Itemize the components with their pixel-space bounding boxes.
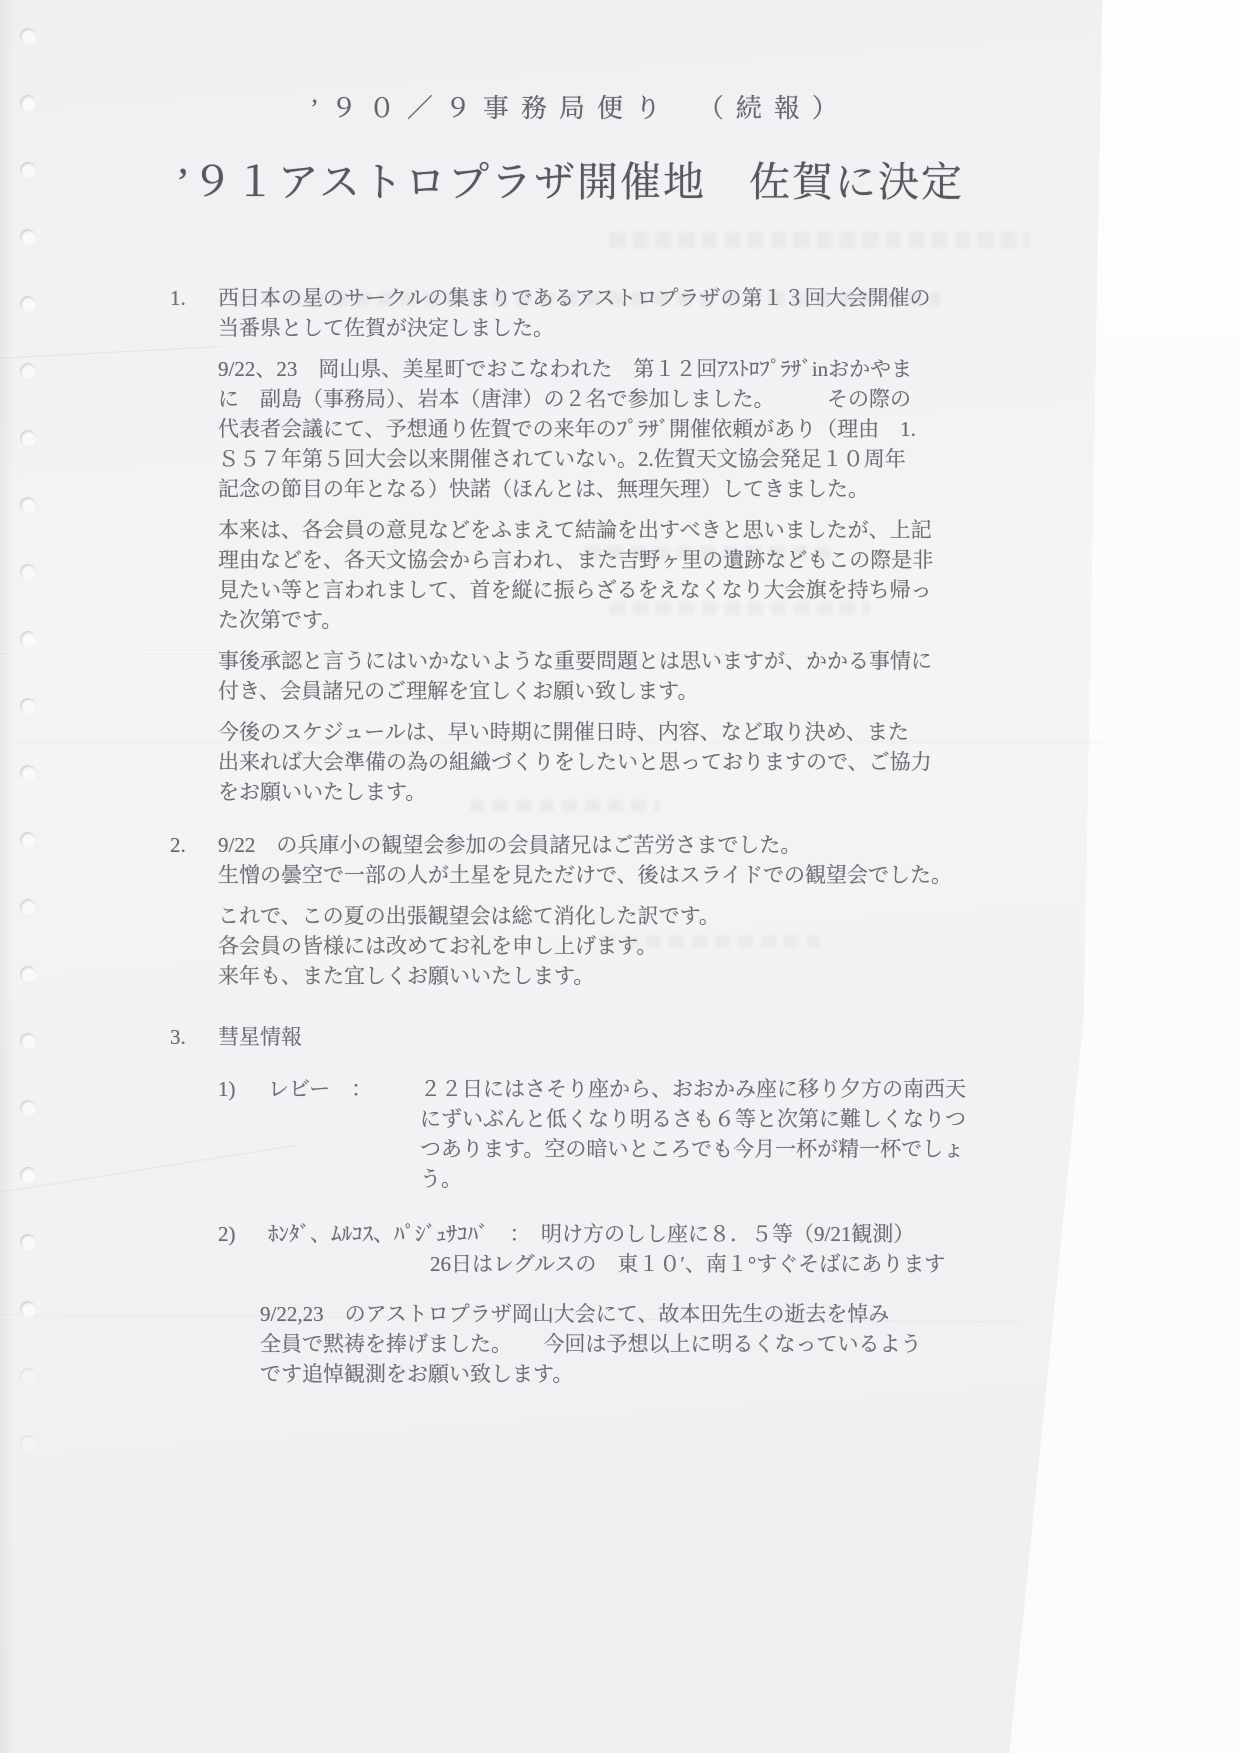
punch-hole (20, 229, 36, 245)
comet-name: レビー ： (268, 1074, 420, 1194)
paragraph: これで、この夏の出張観望会は総て消化した訳です。 各会員の皆様には改めてお礼を申… (218, 901, 1018, 991)
punch-hole (20, 497, 36, 513)
paragraph: 9/22 の兵庫小の観望会参加の会員諸兄はご苦労さまでした。 生憎の曇空で一部の… (218, 830, 1018, 890)
comet-text-line1: ﾎﾝﾀﾞ、ﾑﾙｺｽ、ﾊﾟｼﾞｭｻｺﾊﾞ ： 明け方のしし座に８．５等（9/21観… (268, 1219, 945, 1249)
punch-hole (20, 1301, 36, 1317)
punch-hole (20, 1368, 36, 1384)
comet-text-line2: 26日はレグルスの 東１０′、南１°すぐそばにあります (430, 1249, 945, 1279)
section-2: 2. 9/22 の兵庫小の観望会参加の会員諸兄はご苦労さまでした。 生憎の曇空で… (0, 830, 1100, 1002)
punch-hole (20, 899, 36, 915)
section-1: 1. 西日本の星のサークルの集まりであるアストロプラザの第１３回大会開催の 当番… (0, 283, 1100, 818)
punch-hole (20, 1033, 36, 1049)
punch-hole (20, 832, 36, 848)
newsletter-header: ’９０／９事務局便り （続報） (60, 92, 1100, 126)
comet-entry-honda: 2) ﾎﾝﾀﾞ、ﾑﾙｺｽ、ﾊﾟｼﾞｭｻｺﾊﾞ ： 明け方のしし座に８．５等（9/… (218, 1219, 1018, 1279)
punch-hole (20, 765, 36, 781)
section-title: 彗星情報 (218, 1022, 1018, 1052)
punch-hole (20, 966, 36, 982)
section-number: 2. (170, 830, 218, 1002)
punch-hole (20, 564, 36, 580)
punch-hole (20, 296, 36, 312)
punch-hole (20, 1167, 36, 1183)
comet-text: ２２日にはさそり座から、おおかみ座に移り夕方の南西天 にずいぶんと低くなり明るさ… (420, 1074, 1018, 1194)
punch-hole (20, 363, 36, 379)
punch-hole (20, 162, 36, 178)
punch-hole (20, 430, 36, 446)
punch-hole (20, 1435, 36, 1451)
newsletter-body: ’９０／９事務局便り （続報） ’９１アストロプラザ開催地 佐賀に決定 1. 西… (0, 92, 1100, 1389)
paragraph: 事後承認と言うにはいかないような重要問題とは思いますが、かかる事情に 付き、会員… (218, 646, 1018, 706)
punch-hole (20, 95, 36, 111)
paragraph: 西日本の星のサークルの集まりであるアストロプラザの第１３回大会開催の 当番県とし… (218, 283, 1018, 343)
comet-marker: 1) (218, 1074, 268, 1194)
paragraph: 9/22、23 岡山県、美星町でおこなわれた 第１２回ｱｽﾄﾛﾌﾟﾗｻﾞinおか… (218, 354, 1018, 504)
comet-marker: 2) (218, 1219, 268, 1279)
punch-hole (20, 1234, 36, 1250)
punch-hole (20, 631, 36, 647)
paragraph: 今後のスケジュールは、早い時期に開催日時、内容、など取り決め、また 出来れば大会… (218, 717, 1018, 807)
section-number: 3. (170, 1022, 218, 1389)
punch-hole (20, 698, 36, 714)
comet-entry-levy: 1) レビー ： ２２日にはさそり座から、おおかみ座に移り夕方の南西天 にずいぶ… (218, 1074, 1018, 1194)
section-3: 3. 彗星情報 1) レビー ： ２２日にはさそり座から、おおかみ座に移り夕方の… (0, 1022, 1100, 1389)
scanned-page: ’９０／９事務局便り （続報） ’９１アストロプラザ開催地 佐賀に決定 1. 西… (0, 0, 1240, 1753)
memorial-paragraph: 9/22,23 のアストロプラザ岡山大会にて、故本田先生の逝去を悼み 全員で黙祷… (260, 1299, 1018, 1389)
section-number: 1. (170, 283, 218, 818)
punch-hole (20, 1100, 36, 1116)
newsletter-headline: ’９１アストロプラザ開催地 佐賀に決定 (40, 156, 1100, 208)
punch-hole (20, 28, 36, 44)
paragraph: 本来は、各会員の意見などをふまえて結論を出すべきと思いましたが、上記 理由などを… (218, 515, 1018, 635)
